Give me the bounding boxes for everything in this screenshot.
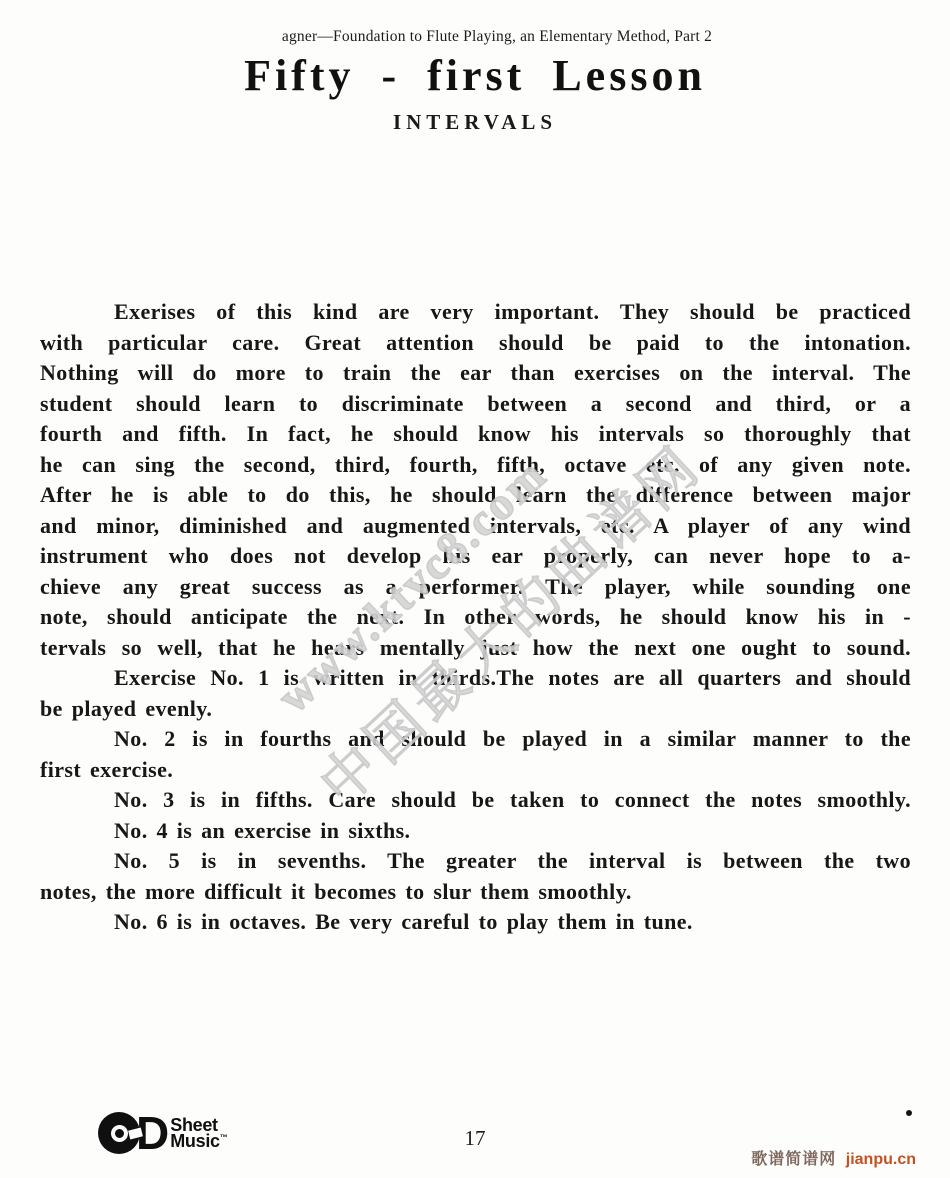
body-line: chieve any great success as a performer.… <box>40 572 911 603</box>
body-line: Exerises of this kind are very important… <box>40 297 911 328</box>
site-credit: 歌谱简谱网 jianpu.cn <box>751 1146 916 1169</box>
body-line: note, should anticipate the next. In oth… <box>40 602 911 633</box>
site-credit-url: jianpu.cn <box>846 1151 916 1168</box>
body-line: be played evenly. <box>40 694 911 725</box>
body-line: instrument who does not develop his ear … <box>40 541 911 572</box>
body-line: No. 2 is in fourths and should be played… <box>40 724 911 755</box>
scanned-page: agner—Foundation to Flute Playing, an El… <box>0 0 950 1178</box>
body-line: first exercise. <box>40 755 911 786</box>
body-line: notes, the more difficult it becomes to … <box>40 877 911 908</box>
body-line: No. 4 is an exercise in sixths. <box>40 816 911 847</box>
body-line: student should learn to discriminate bet… <box>40 389 911 420</box>
body-line: with particular care. Great attention sh… <box>40 328 911 359</box>
lesson-text: Exerises of this kind are very important… <box>40 297 911 938</box>
body-line: No. 3 is in fifths. Care should be taken… <box>40 785 911 816</box>
body-line: Exercise No. 1 is written in thirds.The … <box>40 663 911 694</box>
page-title: Fifty - first Lesson <box>0 50 950 101</box>
page-subtitle: INTERVALS <box>0 110 950 135</box>
body-line: and minor, diminished and augmented inte… <box>40 511 911 542</box>
running-header: agner—Foundation to Flute Playing, an El… <box>0 28 950 46</box>
body-line: he can sing the second, third, fourth, f… <box>40 450 911 481</box>
body-line: tervals so well, that he hears mentally … <box>40 633 911 664</box>
body-line: No. 5 is in sevenths. The greater the in… <box>40 846 911 877</box>
body-line: fourth and fifth. In fact, he should kno… <box>40 419 911 450</box>
site-credit-chinese: 歌谱简谱网 <box>751 1151 836 1168</box>
body-line: After he is able to do this, he should l… <box>40 480 911 511</box>
body-line: Nothing will do more to train the ear th… <box>40 358 911 389</box>
body-line: No. 6 is in octaves. Be very careful to … <box>40 907 911 938</box>
ink-dot <box>906 1110 912 1116</box>
